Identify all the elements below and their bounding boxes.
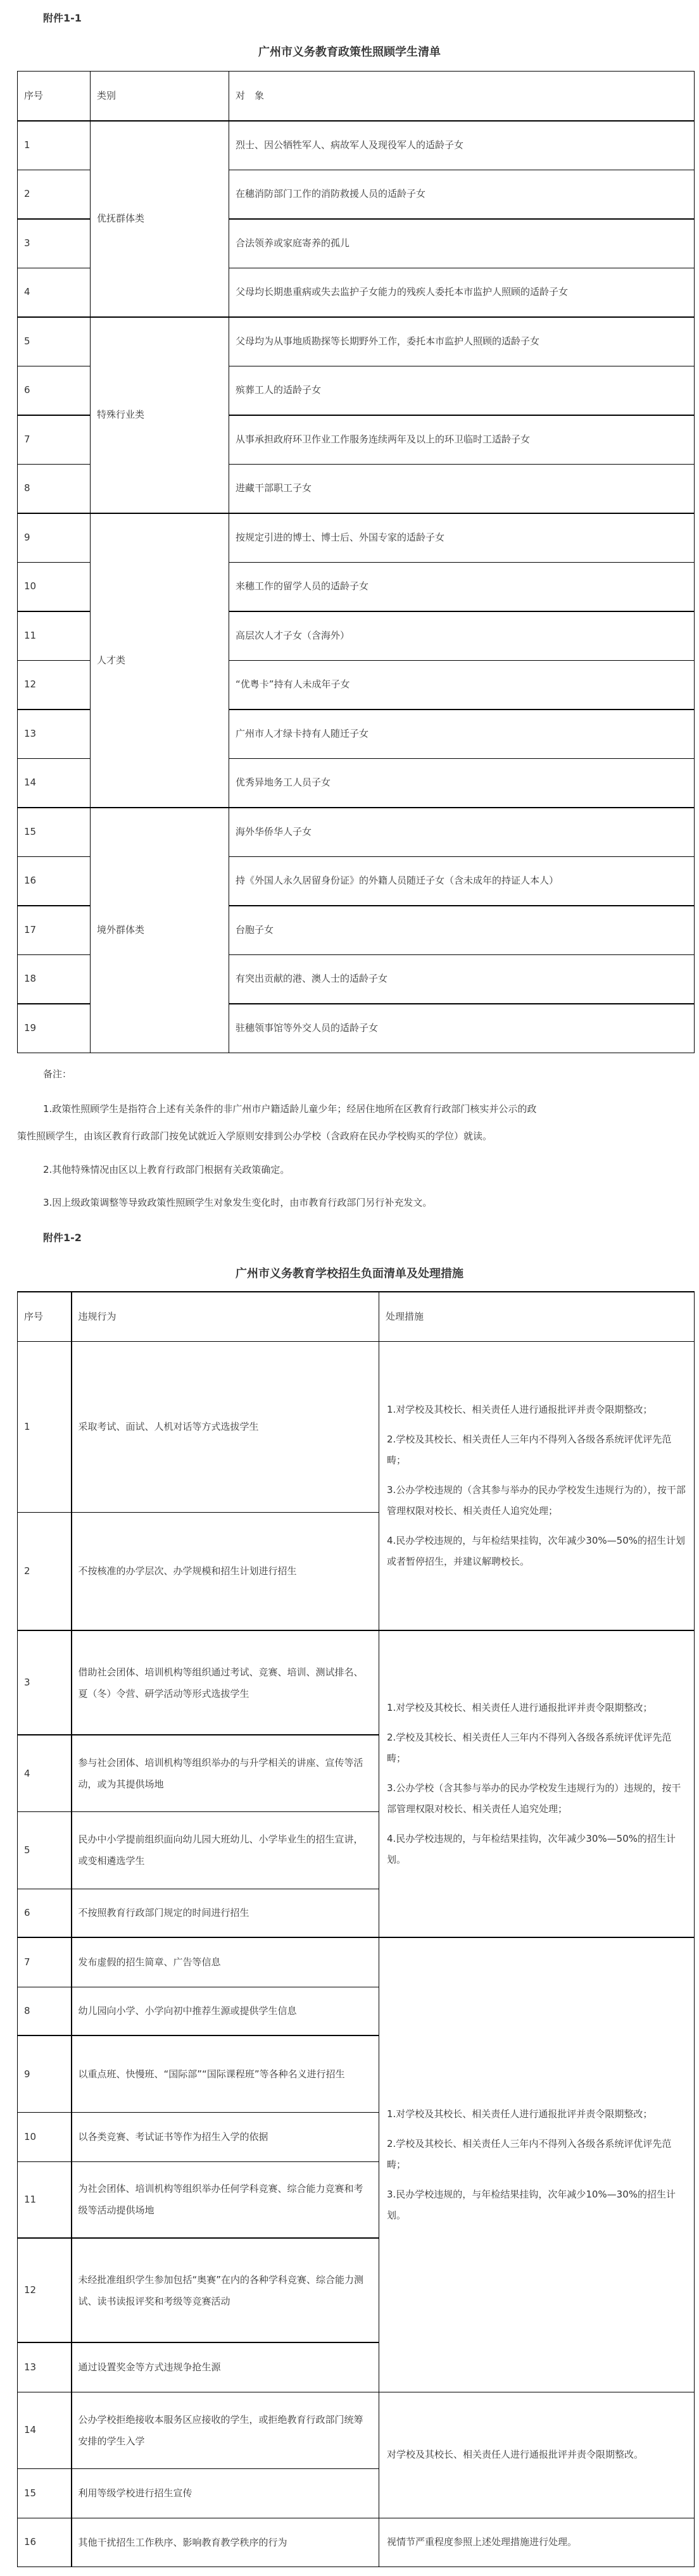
row-no: 9 (18, 2035, 72, 2112)
row-behavior: 通过设置奖金等方式违规争抢生源 (72, 2342, 379, 2392)
measure-item: 3.公办学校（含其参与举办的民办学校发生违规行为的）违规的，按干部管理权限对校长… (387, 1778, 686, 1820)
row-target: 父母均长期患重病或失去监护子女能力的残疾人委托本市监护人照顾的适龄子女 (229, 268, 695, 317)
row-behavior: 参与社会团体、培训机构等组织举办的与升学相关的讲座、宣传等活动，或为其提供场地 (72, 1735, 379, 1811)
measure-item: 1.对学校及其校长、相关责任人进行通报批评并责令限期整改； (387, 2104, 686, 2125)
row-no: 2 (18, 1512, 72, 1630)
note-3: 3.因上级政策调整等导致政策性照顾学生对象发生变化时，由市教育行政部门另行补充发… (43, 1196, 432, 1209)
row-behavior: 借助社会团体、培训机构等组织通过考试、竞赛、培训、测试排名、夏（冬）令营、研学活… (72, 1630, 379, 1735)
header-target: 对 象 (229, 72, 695, 121)
measure-cell: 1.对学校及其校长、相关责任人进行通报批评并责令限期整改； 2.学校及其校长、相… (379, 1937, 695, 2392)
row-target: 驻穗领事馆等外交人员的适龄子女 (229, 1004, 695, 1053)
notes-heading: 备注： (43, 1067, 72, 1080)
measure-item: 3.公办学校违规的（含其参与举办的民办学校发生违规行为的），按干部管理权限对校长… (387, 1480, 686, 1522)
row-target: 父母均为从事地质勘探等长期野外工作，委托本市监护人照顾的适龄子女 (229, 317, 695, 366)
row-no: 7 (18, 415, 91, 465)
row-behavior: 幼儿园向小学、小学向初中推荐生源或提供学生信息 (72, 1987, 379, 2035)
table-row: 5 特殊行业类 父母均为从事地质勘探等长期野外工作，委托本市监护人照顾的适龄子女 (18, 317, 695, 366)
row-no: 14 (18, 758, 91, 808)
row-target: 优秀异地务工人员子女 (229, 758, 695, 808)
row-target: 进藏干部职工子女 (229, 464, 695, 513)
row-no: 6 (18, 366, 91, 415)
row-no: 4 (18, 268, 91, 317)
row-target: 广州市人才绿卡持有人随迁子女 (229, 710, 695, 759)
measure-item: 4.民办学校违规的，与年检结果挂钩，次年减少30%—50%的招生计划或者暂停招生… (387, 1530, 686, 1572)
row-no: 8 (18, 1987, 72, 2035)
measure-cell: 1.对学校及其校长、相关责任人进行通报批评并责令限期整改； 2.学校及其校长、相… (379, 1341, 695, 1630)
row-behavior: 以各类竞赛、考试证书等作为招生入学的依据 (72, 2112, 379, 2161)
table-row: 16 其他干扰招生工作秩序、影响教育教学秩序的行为 视情节严重程度参照上述处理措… (18, 2518, 695, 2567)
note-1-line-1: 1.政策性照顾学生是指符合上述有关条件的非广州市户籍适龄儿童少年；经居住地所在区… (43, 1102, 536, 1115)
row-target: 有突出贡献的港、澳人士的适龄子女 (229, 954, 695, 1004)
row-behavior: 公办学校拒绝接收本服务区应接收的学生，或拒绝教育行政部门统筹安排的学生入学 (72, 2392, 379, 2468)
row-target: 殡葬工人的适龄子女 (229, 366, 695, 415)
note-1-line-2: 策性照顾学生，由该区教育行政部门按免试就近入学原则安排到公办学校（含政府在民办学… (17, 1129, 492, 1142)
negative-list-table: 序号 违规行为 处理措施 1 采取考试、面试、人机对话等方式选拔学生 1.对学校… (17, 1291, 695, 2567)
measure-cell: 视情节严重程度参照上述处理措施进行处理。 (379, 2518, 695, 2567)
measure-item: 1.对学校及其校长、相关责任人进行通报批评并责令限期整改； (387, 1698, 686, 1718)
row-target: 按规定引进的博士、博士后、外国专家的适龄子女 (229, 513, 695, 563)
attachment-1-1-label: 附件1-1 (43, 10, 82, 25)
measure-item: 2.学校及其校长、相关责任人三年内不得列入各级各系统评优评先范畴； (387, 1727, 686, 1769)
row-no: 11 (18, 2161, 72, 2238)
row-target: 从事承担政府环卫作业工作服务连续两年及以上的环卫临时工适龄子女 (229, 415, 695, 465)
category-cell: 优抚群体类 (91, 121, 229, 317)
row-no: 19 (18, 1004, 91, 1053)
measure-item: 视情节严重程度参照上述处理措施进行处理。 (387, 2532, 686, 2553)
row-no: 4 (18, 1735, 72, 1811)
header-behavior: 违规行为 (72, 1292, 379, 1341)
row-behavior: 采取考试、面试、人机对话等方式选拔学生 (72, 1341, 379, 1512)
row-no: 16 (18, 2518, 72, 2567)
row-behavior: 为社会团体、培训机构等组织举办任何学科竞赛、综合能力竞赛和考级等活动提供场地 (72, 2161, 379, 2238)
attachment-1-2-label: 附件1-2 (43, 1230, 82, 1244)
table-row: 1 优抚群体类 烈士、因公牺牲军人、病故军人及现役军人的适龄子女 (18, 121, 695, 170)
row-target: 来穗工作的留学人员的适龄子女 (229, 562, 695, 611)
row-no: 3 (18, 1630, 72, 1735)
row-target: 合法领养或家庭寄养的孤儿 (229, 219, 695, 268)
row-target: 在穗消防部门工作的消防救援人员的适龄子女 (229, 170, 695, 219)
measure-cell: 对学校及其校长、相关责任人进行通报批评并责令限期整改。 (379, 2392, 695, 2518)
row-no: 5 (18, 317, 91, 366)
measure-item: 3.民办学校违规的，与年检结果挂钩，次年减少10%—30%的招生计划。 (387, 2184, 686, 2226)
header-no: 序号 (18, 1292, 72, 1341)
table-row: 7 发布虚假的招生简章、广告等信息 1.对学校及其校长、相关责任人进行通报批评并… (18, 1937, 695, 1987)
row-target: 海外华侨华人子女 (229, 808, 695, 857)
row-no: 11 (18, 611, 91, 661)
row-no: 9 (18, 513, 91, 563)
row-no: 2 (18, 170, 91, 219)
row-no: 13 (18, 710, 91, 759)
row-no: 12 (18, 2238, 72, 2342)
row-no: 6 (18, 1889, 72, 1937)
row-behavior: 不按照教育行政部门规定的时间进行招生 (72, 1889, 379, 1937)
row-no: 12 (18, 660, 91, 710)
row-no: 5 (18, 1811, 72, 1889)
row-no: 15 (18, 2468, 72, 2518)
row-no: 10 (18, 2112, 72, 2161)
row-target: 持《外国人永久居留身份证》的外籍人员随迁子女（含未成年的持证人本人） (229, 856, 695, 906)
measure-item: 4.民办学校违规的，与年检结果挂钩，次年减少30%—50%的招生计划。 (387, 1829, 686, 1870)
row-no: 1 (18, 121, 91, 170)
header-measure: 处理措施 (379, 1292, 695, 1341)
table-row: 3 借助社会团体、培训机构等组织通过考试、竞赛、培训、测试排名、夏（冬）令营、研… (18, 1630, 695, 1735)
row-behavior: 以重点班、快慢班、“国际部”“国际课程班”等各种名义进行招生 (72, 2035, 379, 2112)
header-no: 序号 (18, 72, 91, 121)
row-no: 14 (18, 2392, 72, 2468)
row-target: “优粤卡”持有人未成年子女 (229, 660, 695, 710)
category-cell: 特殊行业类 (91, 317, 229, 513)
row-behavior: 不按核准的办学层次、办学规模和招生计划进行招生 (72, 1512, 379, 1630)
row-behavior: 其他干扰招生工作秩序、影响教育教学秩序的行为 (72, 2518, 379, 2567)
row-behavior: 利用等级学校进行招生宣传 (72, 2468, 379, 2518)
negative-list-title: 广州市义务教育学校招生负面清单及处理措施 (0, 1265, 699, 1281)
row-no: 1 (18, 1341, 72, 1512)
row-target: 台胞子女 (229, 906, 695, 955)
row-behavior: 民办中小学提前组织面向幼儿园大班幼儿、小学毕业生的招生宣讲，或变相遴选学生 (72, 1811, 379, 1889)
row-behavior: 未经批准组织学生参加包括“奥赛”在内的各种学科竞赛、综合能力测试、读书读报评奖和… (72, 2238, 379, 2342)
row-no: 17 (18, 906, 91, 955)
table-row: 15 境外群体类 海外华侨华人子女 (18, 808, 695, 857)
row-no: 3 (18, 219, 91, 268)
table-row: 1 采取考试、面试、人机对话等方式选拔学生 1.对学校及其校长、相关责任人进行通… (18, 1341, 695, 1512)
row-target: 高层次人才子女（含海外） (229, 611, 695, 661)
table-header-row: 序号 类别 对 象 (18, 72, 695, 121)
measure-item: 2.学校及其校长、相关责任人三年内不得列入各级各系统评优评先范畴； (387, 1429, 686, 1471)
category-cell: 境外群体类 (91, 808, 229, 1053)
row-no: 7 (18, 1937, 72, 1987)
row-no: 18 (18, 954, 91, 1004)
measure-item: 2.学校及其校长、相关责任人三年内不得列入各级各系统评优评先范畴； (387, 2134, 686, 2175)
category-cell: 人才类 (91, 513, 229, 808)
row-no: 15 (18, 808, 91, 857)
row-target: 烈士、因公牺牲军人、病故军人及现役军人的适龄子女 (229, 121, 695, 170)
row-no: 13 (18, 2342, 72, 2392)
table-header-row: 序号 违规行为 处理措施 (18, 1292, 695, 1341)
row-no: 16 (18, 856, 91, 906)
row-no: 10 (18, 562, 91, 611)
policy-students-table: 序号 类别 对 象 1 优抚群体类 烈士、因公牺牲军人、病故军人及现役军人的适龄… (17, 71, 695, 1053)
measure-item: 对学校及其校长、相关责任人进行通报批评并责令限期整改。 (387, 2444, 686, 2465)
table-row: 9 人才类 按规定引进的博士、博士后、外国专家的适龄子女 (18, 513, 695, 563)
row-behavior: 发布虚假的招生简章、广告等信息 (72, 1937, 379, 1987)
measure-cell: 1.对学校及其校长、相关责任人进行通报批评并责令限期整改； 2.学校及其校长、相… (379, 1630, 695, 1937)
table-row: 14 公办学校拒绝接收本服务区应接收的学生，或拒绝教育行政部门统筹安排的学生入学… (18, 2392, 695, 2468)
measure-item: 1.对学校及其校长、相关责任人进行通报批评并责令限期整改； (387, 1399, 686, 1420)
header-category: 类别 (91, 72, 229, 121)
policy-students-title: 广州市义务教育政策性照顾学生清单 (0, 43, 699, 59)
row-no: 8 (18, 464, 91, 513)
note-2: 2.其他特殊情况由区以上教育行政部门根据有关政策确定。 (43, 1163, 289, 1176)
